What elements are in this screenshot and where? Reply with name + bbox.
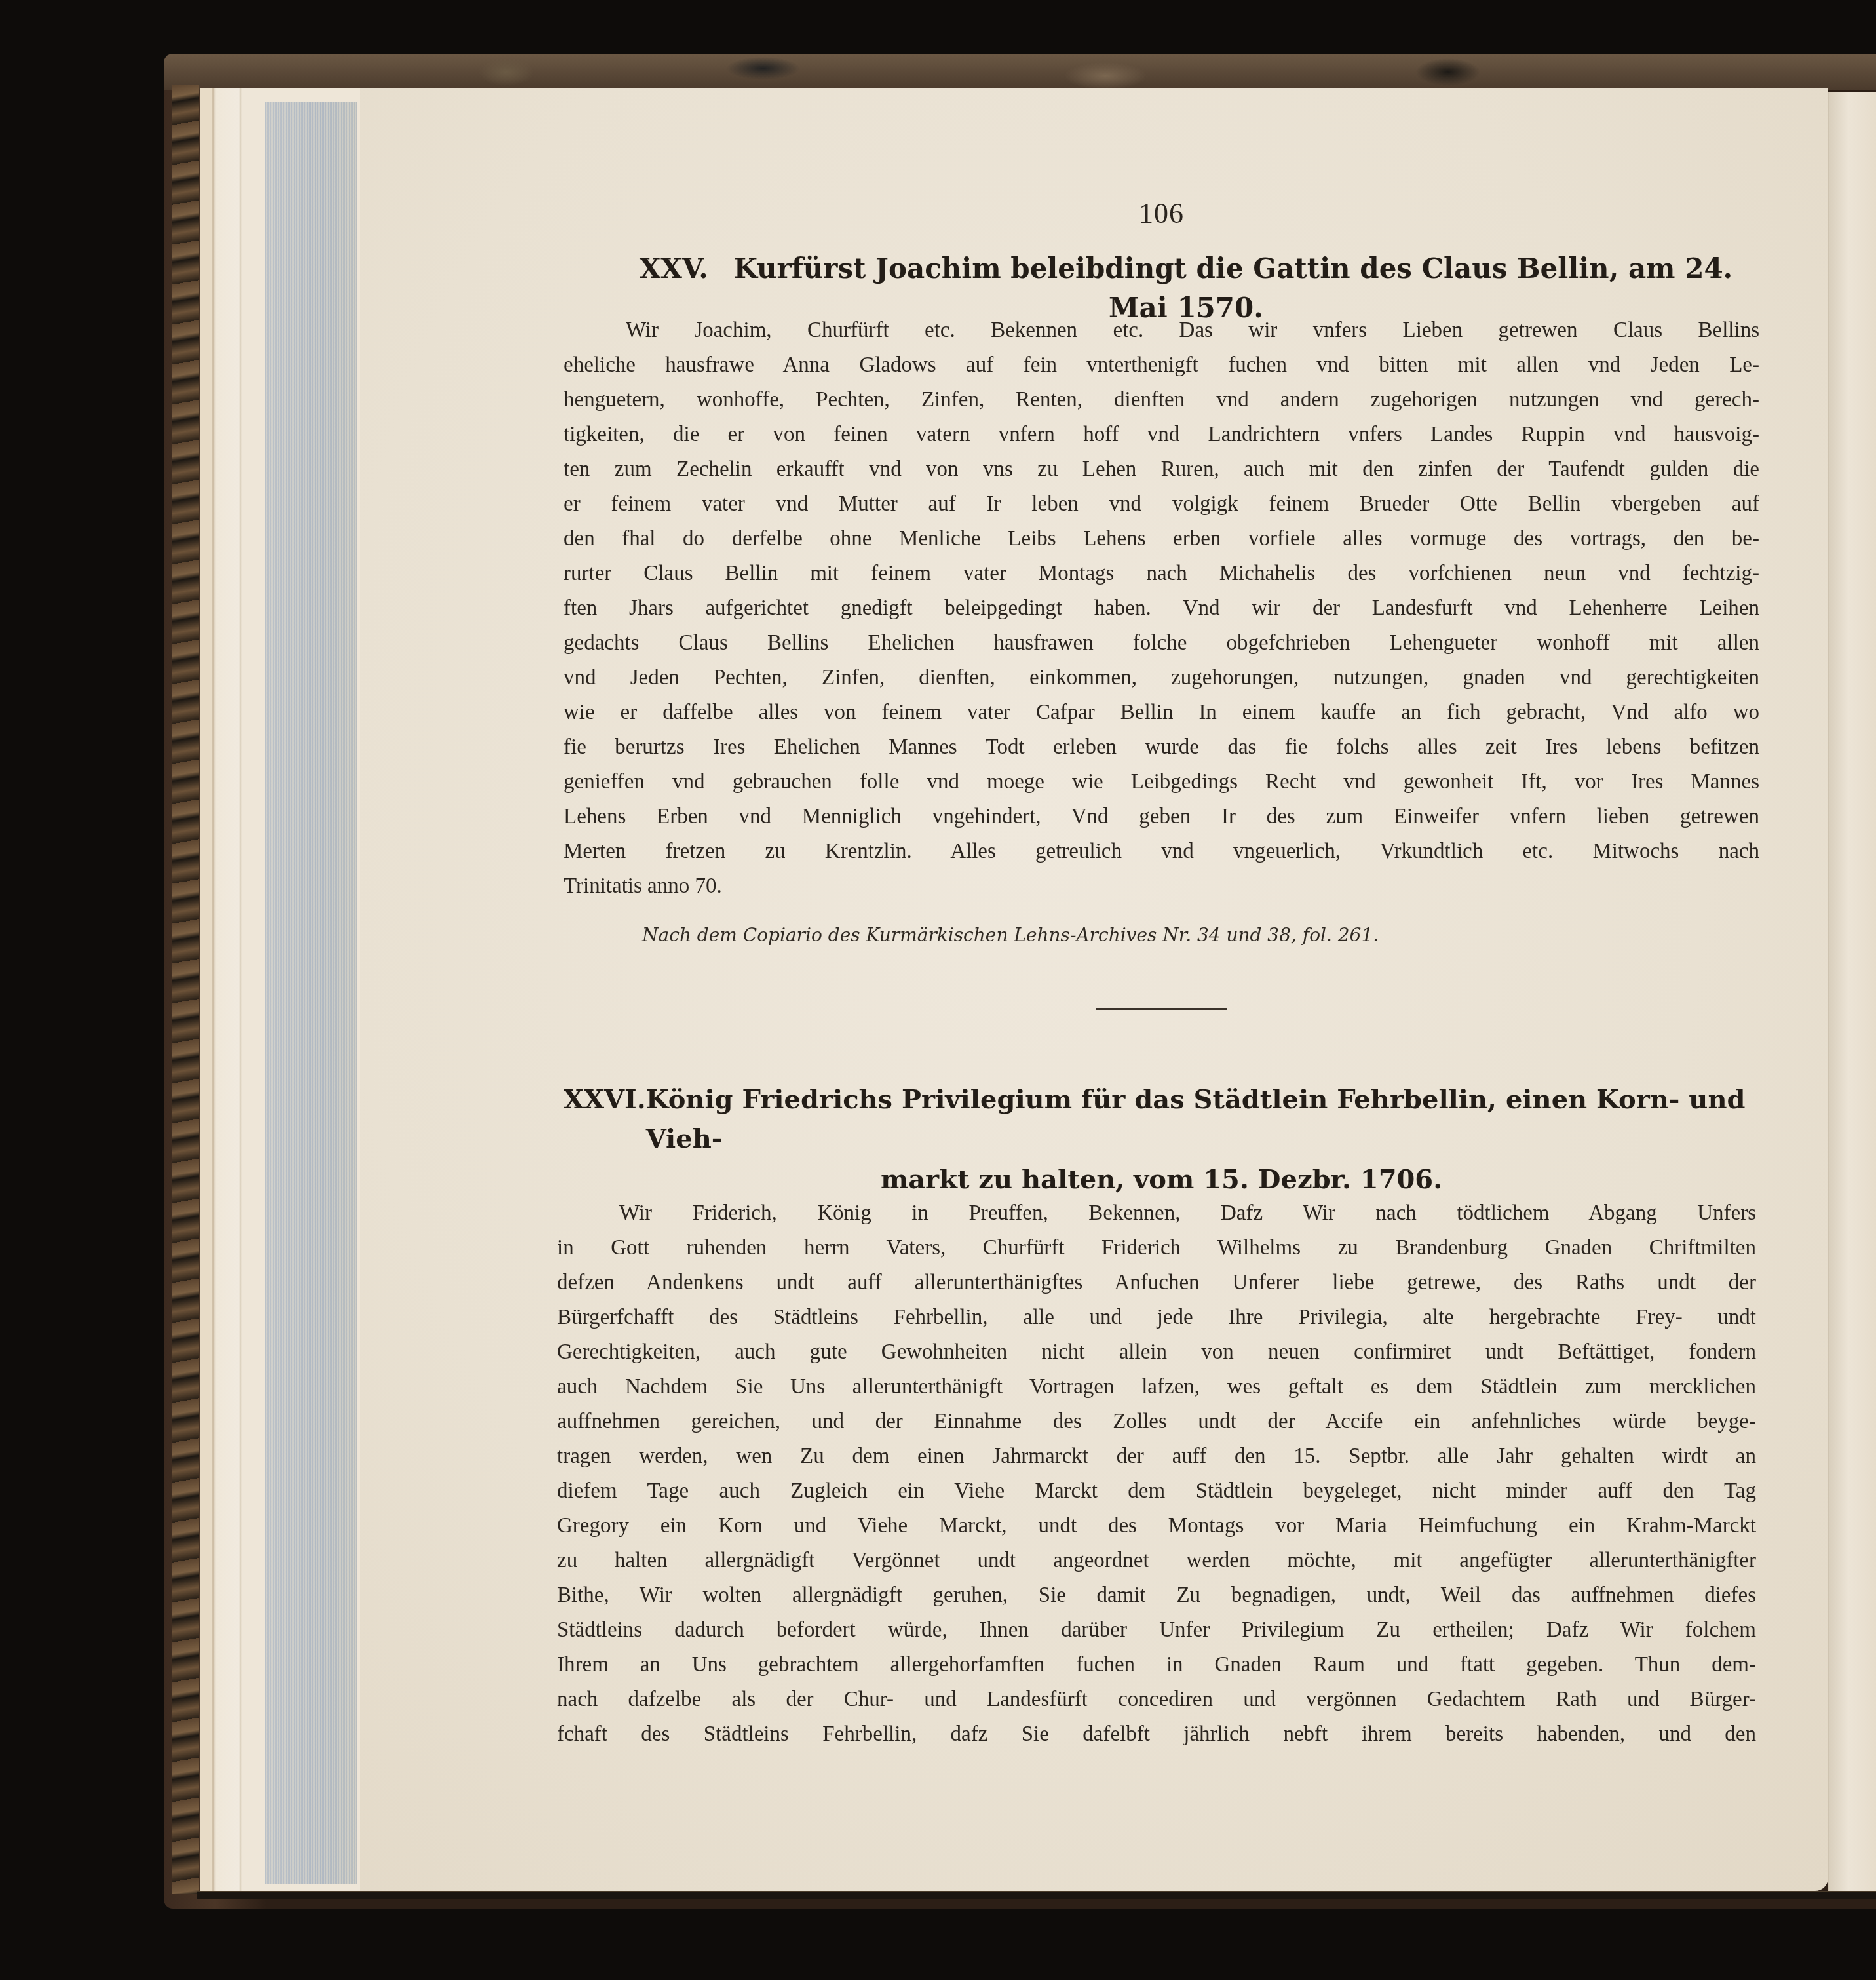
text-line: Städtleins dadurch befordert würde, Ihne… — [557, 1613, 1756, 1648]
text-line: Bithe, Wir wolten allergnädigft geruhen,… — [557, 1578, 1756, 1613]
text-line: Merten fretzen zu Krentzlin. Alles getre… — [564, 834, 1759, 869]
text-line: tigkeiten, die er von feinen vatern vnfe… — [564, 417, 1759, 452]
text-line: in Gott ruhenden herrn Vaters, Churfürft… — [557, 1231, 1756, 1266]
book-cover-marbled-side — [172, 85, 199, 1894]
text-line: Gregory ein Korn und Viehe Marckt, undt … — [557, 1509, 1756, 1543]
section-numeral: XXVI. — [564, 1080, 646, 1159]
text-line: auch Nachdem Sie Uns allerunterthänigft … — [557, 1370, 1756, 1405]
text-line: Gerechtigkeiten, auch gute Gewohnheiten … — [557, 1335, 1756, 1370]
section-heading-xxvi: XXVI. König Friedrichs Privilegium für d… — [564, 1080, 1759, 1199]
section-divider — [1096, 1008, 1227, 1010]
book-bottom-edge — [197, 1891, 1876, 1899]
facing-page-edge — [1828, 92, 1876, 1894]
text-line: vnd Jeden Pechten, Zinfen, dienften, ein… — [564, 661, 1759, 695]
text-line: Wir Friderich, König in Preuffen, Bekenn… — [557, 1196, 1756, 1231]
text-line: tragen werden, wen Zu dem einen Jahrmarc… — [557, 1439, 1756, 1474]
book-cover-marbled-top — [164, 54, 1876, 90]
text-line: Bürgerfchafft des Städtleins Fehrbellin,… — [557, 1300, 1756, 1335]
text-line: nach dafzelbe als der Chur- und Landesfü… — [557, 1682, 1756, 1717]
text-line: wie er daffelbe alles von feinem vater C… — [564, 695, 1759, 730]
text-line: auffnehmen gereichen, und der Einnahme d… — [557, 1405, 1756, 1439]
text-line: genieffen vnd gebrauchen folle vnd moege… — [564, 765, 1759, 800]
text-line: Trinitatis anno 70. — [564, 869, 1759, 904]
text-line: er feinem vater vnd Mutter auf Ir leben … — [564, 487, 1759, 522]
text-line: rurter Claus Bellin mit feinem vater Mon… — [564, 556, 1759, 591]
section-body-xxv: Wir Joachim, Churfürft etc. Bekennen etc… — [564, 313, 1759, 904]
section-title-line-2: markt zu halten, vom 15. Dezbr. 1706. — [564, 1160, 1759, 1199]
section-numeral: XXV. — [640, 252, 708, 284]
section-title-line-1: König Friedrichs Privilegium für das Stä… — [646, 1080, 1759, 1159]
text-line: henguetern, wonhoffe, Pechten, Zinfen, R… — [564, 383, 1759, 417]
page-block-edges — [200, 88, 360, 1891]
section-body-xxvi: Wir Friderich, König in Preuffen, Bekenn… — [557, 1196, 1756, 1752]
page-number: 106 — [564, 197, 1759, 230]
text-line: ten zum Zechelin erkaufft vnd von vns zu… — [564, 452, 1759, 487]
text-line: diefem Tage auch Zugleich ein Viehe Marc… — [557, 1474, 1756, 1509]
text-line: zu halten allergnädigft Vergönnet undt a… — [557, 1543, 1756, 1578]
text-line: fchaft des Städtleins Fehrbellin, dafz S… — [557, 1717, 1756, 1752]
text-line: eheliche hausfrawe Anna Gladows auf fein… — [564, 348, 1759, 383]
sprinkled-page-edges — [265, 102, 357, 1884]
text-line: fie berurtzs Ires Ehelichen Mannes Todt … — [564, 730, 1759, 765]
text-line: defzen Andenkens undt auff allerunterthä… — [557, 1266, 1756, 1300]
text-line: Ihrem an Uns gebrachtem allergehorfamfte… — [557, 1648, 1756, 1682]
text-line: Wir Joachim, Churfürft etc. Bekennen etc… — [564, 313, 1759, 348]
source-citation: Nach dem Copiario des Kurmärkischen Lehn… — [642, 924, 1379, 946]
text-line: den fhal do derfelbe ohne Menliche Leibs… — [564, 522, 1759, 556]
text-line: ften Jhars aufgerichtet gnedigft beleipg… — [564, 591, 1759, 626]
text-line: Lehens Erben vnd Menniglich vngehindert,… — [564, 800, 1759, 834]
text-line: gedachts Claus Bellins Ehelichen hausfra… — [564, 626, 1759, 661]
